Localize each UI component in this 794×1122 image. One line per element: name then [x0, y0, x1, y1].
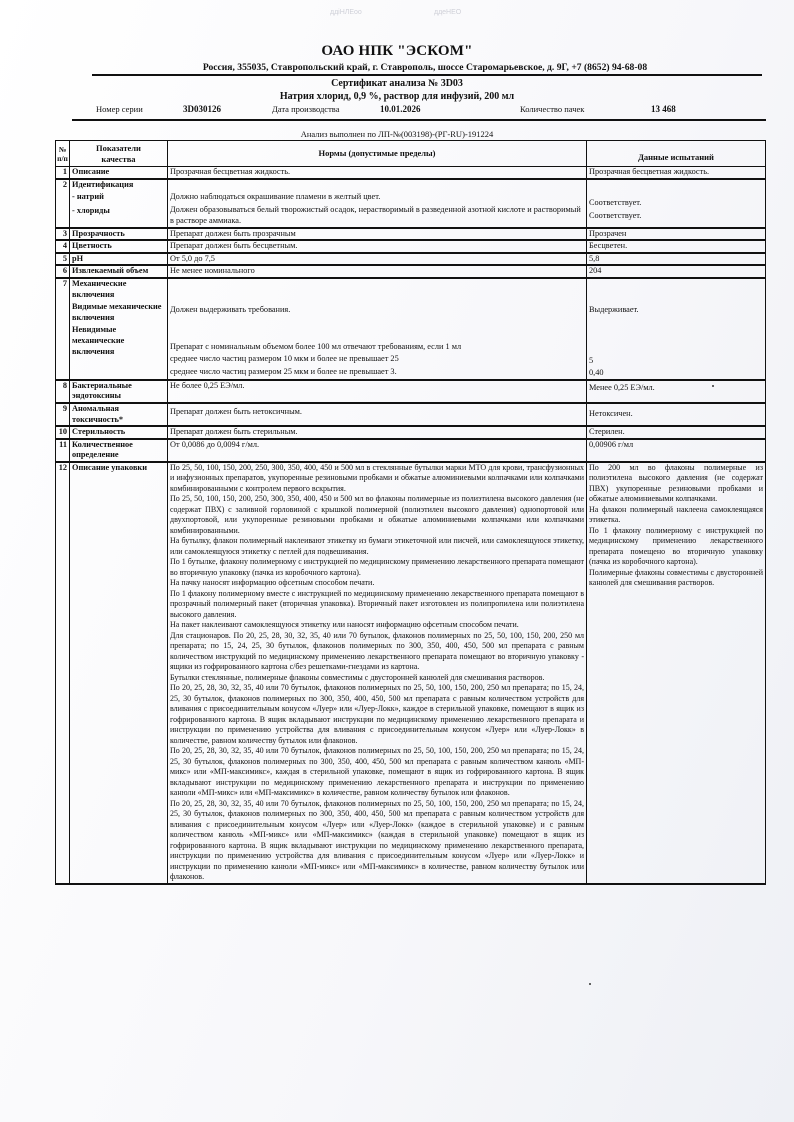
- norm-paragraph: По 25, 50, 100, 150, 200, 250, 300, 350,…: [170, 494, 584, 536]
- norm-paragraph: Для стационаров. По 20, 25, 28, 30, 32, …: [170, 631, 584, 673]
- norm-line: среднее число частиц размером 10 мкм и б…: [170, 354, 584, 365]
- norm-paragraph: На пакет наклеивают самоклеящуюся этикет…: [170, 620, 584, 631]
- row-number: 7: [56, 278, 70, 380]
- row-result: Соответствует. Соответствует.: [587, 179, 766, 228]
- table-row: 7 Механические включения Видимые механич…: [56, 278, 766, 380]
- row-result: 0,00906 г/мл: [587, 439, 766, 462]
- table-row: 2 Идентификация - натрий - хлориды Должн…: [56, 179, 766, 228]
- company-name: ОАО НПК "ЭСКОМ": [0, 43, 794, 60]
- row-norm: Препарат должен быть прозрачным: [168, 228, 587, 241]
- row-norm: От 5,0 до 7,5: [168, 253, 587, 266]
- meta-rule: [72, 119, 766, 121]
- row-number: 8: [56, 380, 70, 403]
- row-norm: Должно наблюдаться окрашивание пламени в…: [168, 179, 587, 228]
- result-line: Соответствует.: [589, 211, 763, 222]
- table-row: 8 Бактериальные эндотоксины Не более 0,2…: [56, 380, 766, 403]
- packaging-results: По 200 мл во флаконы полимерные из полиэ…: [587, 462, 766, 884]
- result-paragraph: По 1 флакону полимерному с инструкцией п…: [589, 526, 763, 568]
- scan-speck: [712, 385, 714, 387]
- col-header-num: № п/п: [56, 141, 70, 167]
- norm-paragraph: По 20, 25, 28, 30, 32, 35, 40 или 70 бут…: [170, 683, 584, 746]
- row-indicator: Описание: [70, 167, 168, 179]
- row-number: 10: [56, 426, 70, 439]
- table-row: 5 pH От 5,0 до 7,5 5,8: [56, 253, 766, 266]
- row-number: 2: [56, 179, 70, 228]
- row-result: 5,8: [587, 253, 766, 266]
- table-row: 3 Прозрачность Препарат должен быть проз…: [56, 228, 766, 241]
- norm-paragraph: По 20, 25, 28, 30, 32, 35, 40 или 70 бут…: [170, 746, 584, 799]
- result-line: Выдерживает.: [589, 305, 763, 316]
- series-label: Номер серии: [96, 104, 143, 114]
- row-indicator: Цветность: [70, 240, 168, 253]
- row-indicator: Количественное определение: [70, 439, 168, 462]
- faint-bleed-mark: ддіНЛЕоо: [330, 9, 362, 16]
- row-number: 9: [56, 403, 70, 426]
- norm-paragraph: По 1 флакону полимерному вместе с инстру…: [170, 589, 584, 621]
- row-number: 6: [56, 265, 70, 278]
- scan-speck: [589, 983, 591, 985]
- row-result: Нетоксичен.: [587, 403, 766, 426]
- row-norm: Должен выдерживать требования. Препарат …: [168, 278, 587, 380]
- row-number: 4: [56, 240, 70, 253]
- product-name: Натрия хлорид, 0,9 %, раствор для инфузи…: [0, 91, 794, 102]
- norm-paragraph: На пачку наносят информацию офсетным спо…: [170, 578, 584, 589]
- indicator-line: Механические включения: [72, 279, 165, 300]
- norm-line: Препарат с номинальным объемом более 100…: [170, 342, 584, 353]
- result-paragraph: По 200 мл во флаконы полимерные из полиэ…: [589, 463, 763, 505]
- company-address: Россия, 355035, Ставропольский край, г. …: [170, 62, 680, 73]
- row-indicator: Механические включения Видимые механичес…: [70, 278, 168, 380]
- series-value: 3D030126: [183, 104, 221, 114]
- table-row: 9 Аномальная токсичность* Препарат долже…: [56, 403, 766, 426]
- row-indicator: Идентификация - натрий - хлориды: [70, 179, 168, 228]
- certificate-title: Сертификат анализа № 3D03: [0, 78, 794, 89]
- row-number: 11: [56, 439, 70, 462]
- norm-paragraph: На бутылку, флакон полимерный наклеивают…: [170, 536, 584, 557]
- production-date-value: 10.01.2026: [380, 104, 421, 114]
- row-indicator: pH: [70, 253, 168, 266]
- row-indicator: Стерильность: [70, 426, 168, 439]
- result-paragraph: На флакон полимерный наклеена самоклеяща…: [589, 505, 763, 526]
- row-indicator: Описание упаковки: [70, 462, 168, 884]
- indicator-line: Невидимые механические включения: [72, 325, 165, 357]
- norm-line: Должно наблюдаться окрашивание пламени в…: [170, 192, 584, 203]
- row-number: 5: [56, 253, 70, 266]
- norm-paragraph: Бутылки стеклянные, полимерные флаконы с…: [170, 673, 584, 684]
- production-date-label: Дата производства: [272, 104, 339, 114]
- table-row: 1 Описание Прозрачная бесцветная жидкост…: [56, 167, 766, 179]
- row-norm: От 0,0086 до 0,0094 г/мл.: [168, 439, 587, 462]
- col-header-norms: Нормы (допустимые пределы): [168, 141, 587, 167]
- row-number: 12: [56, 462, 70, 884]
- analysis-basis: Анализ выполнен по ЛП-№(003198)-(РГ-RU)-…: [0, 129, 794, 139]
- row-result: Бесцветен.: [587, 240, 766, 253]
- packs-label: Количество пачек: [520, 104, 584, 114]
- table-header-row: № п/п Показатели качества Нормы (допусти…: [56, 141, 766, 167]
- indicator-line: Видимые механические включения: [72, 302, 165, 323]
- result-paragraph: Полимерные флаконы совместимы с двусторо…: [589, 568, 763, 589]
- row-norm: Прозрачная бесцветная жидкость.: [168, 167, 587, 179]
- table-row: 6 Извлекаемый объем Не менее номинальног…: [56, 265, 766, 278]
- norm-line: Должен выдерживать требования.: [170, 305, 584, 316]
- result-line: 0,40: [589, 368, 763, 379]
- result-line: 5: [589, 356, 763, 367]
- result-line: Соответствует.: [589, 198, 763, 209]
- certificate-table: № п/п Показатели качества Нормы (допусти…: [55, 140, 766, 885]
- table-row: 12 Описание упаковки По 25, 50, 100, 150…: [56, 462, 766, 884]
- row-norm: Не более 0,25 ЕЭ/мл.: [168, 380, 587, 403]
- table-row: 4 Цветность Препарат должен быть бесцвет…: [56, 240, 766, 253]
- packs-value: 13 468: [651, 104, 676, 114]
- col-header-indicator: Показатели качества: [70, 141, 168, 167]
- indicator-line: Идентификация: [72, 180, 165, 191]
- row-result: Выдерживает. 5 0,40: [587, 278, 766, 380]
- row-indicator: Извлекаемый объем: [70, 265, 168, 278]
- row-norm: Препарат должен быть бесцветным.: [168, 240, 587, 253]
- row-indicator: Аномальная токсичность*: [70, 403, 168, 426]
- row-indicator: Прозрачность: [70, 228, 168, 241]
- row-norm: Не менее номинального: [168, 265, 587, 278]
- norm-line: среднее число частиц размером 25 мкм и б…: [170, 367, 584, 378]
- row-result: Менее 0,25 ЕЭ/мл.: [587, 380, 766, 403]
- table-row: 10 Стерильность Препарат должен быть сте…: [56, 426, 766, 439]
- row-norm: Препарат должен быть стерильным.: [168, 426, 587, 439]
- indicator-line: - хлориды: [72, 206, 165, 217]
- row-number: 3: [56, 228, 70, 241]
- norm-paragraph: По 20, 25, 28, 30, 32, 35, 40 или 70 бут…: [170, 799, 584, 883]
- faint-bleed-mark: ддеНЕО: [434, 9, 461, 16]
- row-indicator: Бактериальные эндотоксины: [70, 380, 168, 403]
- norm-paragraph: По 25, 50, 100, 150, 200, 250, 300, 350,…: [170, 463, 584, 495]
- col-header-results: Данные испытаний: [587, 141, 766, 167]
- norm-line: Должен образовываться белый творожистый …: [170, 205, 584, 226]
- row-result: 204: [587, 265, 766, 278]
- row-result: Стерилен.: [587, 426, 766, 439]
- norm-paragraph: По 1 бутылке, флакону полимерному с инст…: [170, 557, 584, 578]
- row-result: Прозрачен: [587, 228, 766, 241]
- row-number: 1: [56, 167, 70, 179]
- packaging-norms: По 25, 50, 100, 150, 200, 250, 300, 350,…: [168, 462, 587, 884]
- row-norm: Препарат должен быть нетоксичным.: [168, 403, 587, 426]
- row-result: Прозрачная бесцветная жидкость.: [587, 167, 766, 179]
- header-rule: [92, 74, 762, 76]
- indicator-line: - натрий: [72, 192, 165, 203]
- table-row: 11 Количественное определение От 0,0086 …: [56, 439, 766, 462]
